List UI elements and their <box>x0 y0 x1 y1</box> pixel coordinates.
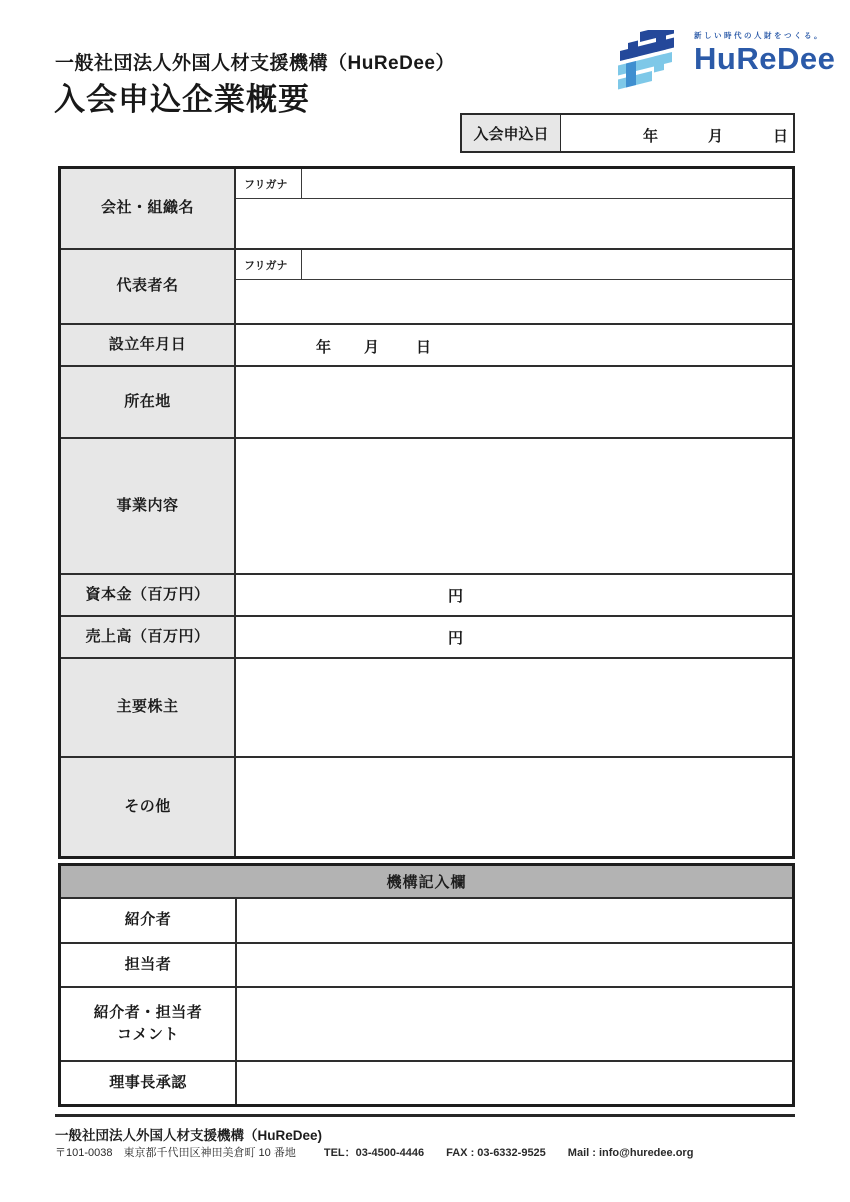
table-row-address: 所在地 <box>61 365 792 437</box>
footer-address: 〒101-0038 東京都千代田区神田美倉町 10 番地 <box>55 1144 296 1160</box>
page-title: 入会申込企業概要 <box>54 74 310 119</box>
company-name-label: 会社・組織名 <box>61 169 236 248</box>
huredee-logo: 新しい時代の人財をつくる。 HuReDee <box>612 28 812 90</box>
address-input[interactable] <box>236 367 792 437</box>
establishment-date-label: 設立年月日 <box>61 325 236 365</box>
major-shareholders-label: 主要株主 <box>61 659 236 756</box>
table-row-establishment-date: 設立年月日 年 月 日 <box>61 323 792 365</box>
table-row-business-description: 事業内容 <box>61 437 792 573</box>
logo-tagline: 新しい時代の人財をつくる。 <box>694 30 835 41</box>
table-row-other: その他 <box>61 756 792 856</box>
footer-divider <box>55 1114 795 1117</box>
table-row-representative-name: 代表者名 フリガナ <box>61 248 792 323</box>
yen-unit-label: 円 <box>236 585 463 606</box>
furigana-label: フリガナ <box>236 250 302 279</box>
representative-name-input[interactable] <box>236 280 792 323</box>
company-name-furigana-input[interactable] <box>302 169 792 198</box>
application-date-box: 入会申込日 年 月 日 <box>460 113 795 153</box>
year-unit-label: 年 <box>643 125 658 146</box>
company-name-input[interactable] <box>236 199 792 248</box>
representative-furigana-input[interactable] <box>302 250 792 279</box>
address-label: 所在地 <box>61 367 236 437</box>
table-row-company-name: 会社・組織名 フリガナ <box>61 169 792 248</box>
introducer-input[interactable] <box>237 899 792 942</box>
footer-organization-name: 一般社団法人外国人材支援機構（HuReDee) <box>55 1124 322 1144</box>
table-row-chairman-approval: 理事長承認 <box>61 1060 792 1104</box>
application-date-label: 入会申込日 <box>462 115 561 151</box>
month-unit-label: 月 <box>708 125 723 146</box>
business-description-input[interactable] <box>236 439 792 573</box>
comments-label-line2: コメント <box>117 1024 179 1047</box>
footer-fax: FAX : 03-6332-9525 <box>446 1147 546 1159</box>
chairman-approval-input[interactable] <box>237 1062 792 1104</box>
yen-unit-label: 円 <box>236 627 463 648</box>
capital-input[interactable]: 円 <box>236 575 792 615</box>
comments-label-line1: 紹介者・担当者 <box>94 1002 203 1025</box>
table-row-comments: 紹介者・担当者 コメント <box>61 986 792 1060</box>
representative-name-label: 代表者名 <box>61 250 236 323</box>
table-row-capital: 資本金（百万円） 円 <box>61 573 792 615</box>
table-row-sales: 売上高（百万円） 円 <box>61 615 792 657</box>
membership-application-form: 一般社団法人外国人材支援機構（HuReDee） 入会申込企業概要 新し <box>0 0 850 1202</box>
table-row-person-in-charge: 担当者 <box>61 942 792 986</box>
business-description-label: 事業内容 <box>61 439 236 573</box>
day-unit-label: 日 <box>773 125 788 146</box>
application-date-input[interactable]: 年 月 日 <box>561 115 793 151</box>
furigana-label: フリガナ <box>236 169 302 198</box>
organization-name-heading: 一般社団法人外国人材支援機構（HuReDee） <box>55 48 455 75</box>
company-profile-table: 会社・組織名 フリガナ 代表者名 フリガナ 設立年月日 <box>58 166 795 859</box>
other-input[interactable] <box>236 758 792 856</box>
sales-input[interactable]: 円 <box>236 617 792 657</box>
month-unit-label: 月 <box>364 336 379 357</box>
capital-label: 資本金（百万円） <box>61 575 236 615</box>
office-use-section-header: 機構記入欄 <box>61 866 792 899</box>
footer-mail: Mail : info@huredee.org <box>568 1147 694 1159</box>
person-in-charge-input[interactable] <box>237 944 792 986</box>
introducer-label: 紹介者 <box>61 899 237 942</box>
sales-label: 売上高（百万円） <box>61 617 236 657</box>
table-row-introducer: 紹介者 <box>61 899 792 942</box>
establishment-date-input[interactable]: 年 月 日 <box>236 325 792 365</box>
huredee-logo-mark-icon <box>612 30 690 90</box>
footer-tel: TEL：03-4500-4446 <box>324 1144 424 1160</box>
table-row-major-shareholders: 主要株主 <box>61 657 792 756</box>
day-unit-label: 日 <box>416 336 431 357</box>
comments-input[interactable] <box>237 988 792 1060</box>
year-unit-label: 年 <box>316 336 331 357</box>
logo-brand-text: HuReDee <box>694 43 835 74</box>
office-use-table: 機構記入欄 紹介者 担当者 紹介者・担当者 コメント 理事長承認 <box>58 863 795 1107</box>
major-shareholders-input[interactable] <box>236 659 792 756</box>
other-label: その他 <box>61 758 236 856</box>
comments-label: 紹介者・担当者 コメント <box>61 988 237 1060</box>
person-in-charge-label: 担当者 <box>61 944 237 986</box>
chairman-approval-label: 理事長承認 <box>61 1062 237 1104</box>
footer-contact-line: 〒101-0038 東京都千代田区神田美倉町 10 番地 TEL：03-4500… <box>55 1144 795 1160</box>
